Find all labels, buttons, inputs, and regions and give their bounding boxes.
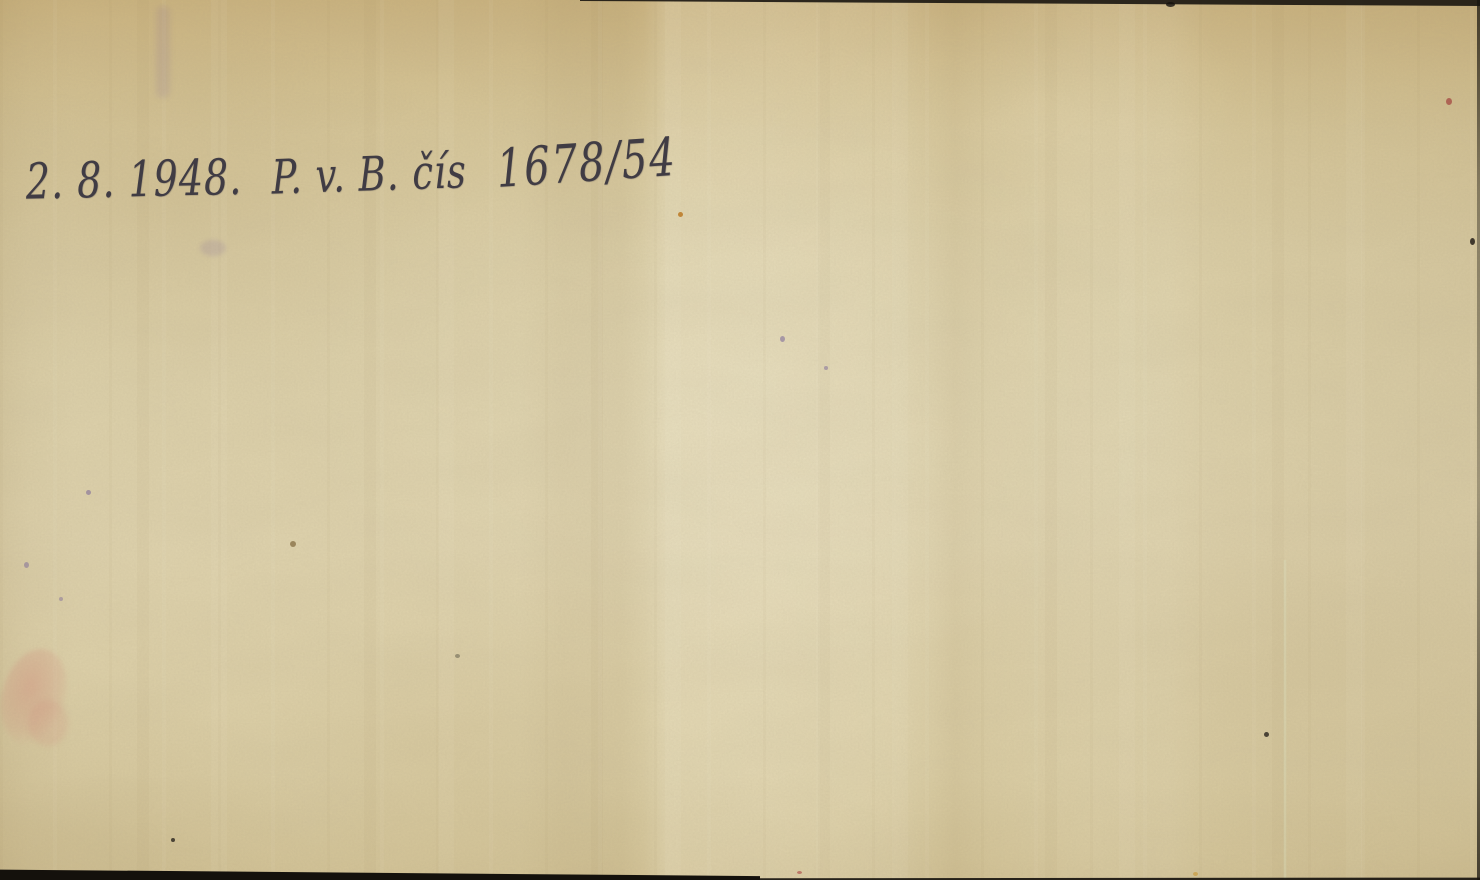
paper-speck xyxy=(455,654,460,658)
purple-ink-smudge xyxy=(200,240,226,256)
purple-speck xyxy=(24,562,29,568)
handwritten-annotation: 2. 8. 1948. P. v. B. čís 1678/54 xyxy=(26,160,678,207)
paper-grain xyxy=(0,0,1480,880)
purple-speck xyxy=(824,366,828,370)
scanned-card-photo: 2. 8. 1948. P. v. B. čís 1678/54 xyxy=(0,0,1480,880)
paper-crease-line xyxy=(1284,560,1286,880)
red-speck xyxy=(1446,98,1452,105)
purple-ink-streak xyxy=(156,6,170,98)
red-stain-tail xyxy=(28,700,68,746)
yellow-speck xyxy=(1193,872,1198,876)
purple-speck xyxy=(86,490,91,495)
handwritten-case-number: 1678/54 xyxy=(495,131,677,196)
paper-speck xyxy=(290,541,296,547)
handwritten-date: 2. 8. 1948. xyxy=(25,152,242,206)
red-speck xyxy=(797,871,802,874)
purple-speck xyxy=(59,597,63,601)
orange-speck xyxy=(678,212,683,217)
paper-speck xyxy=(1264,732,1269,737)
purple-speck xyxy=(780,336,785,342)
paper-speck xyxy=(171,838,175,842)
paper-speck xyxy=(1470,238,1475,245)
handwritten-reference: P. v. B. čís xyxy=(271,148,467,202)
